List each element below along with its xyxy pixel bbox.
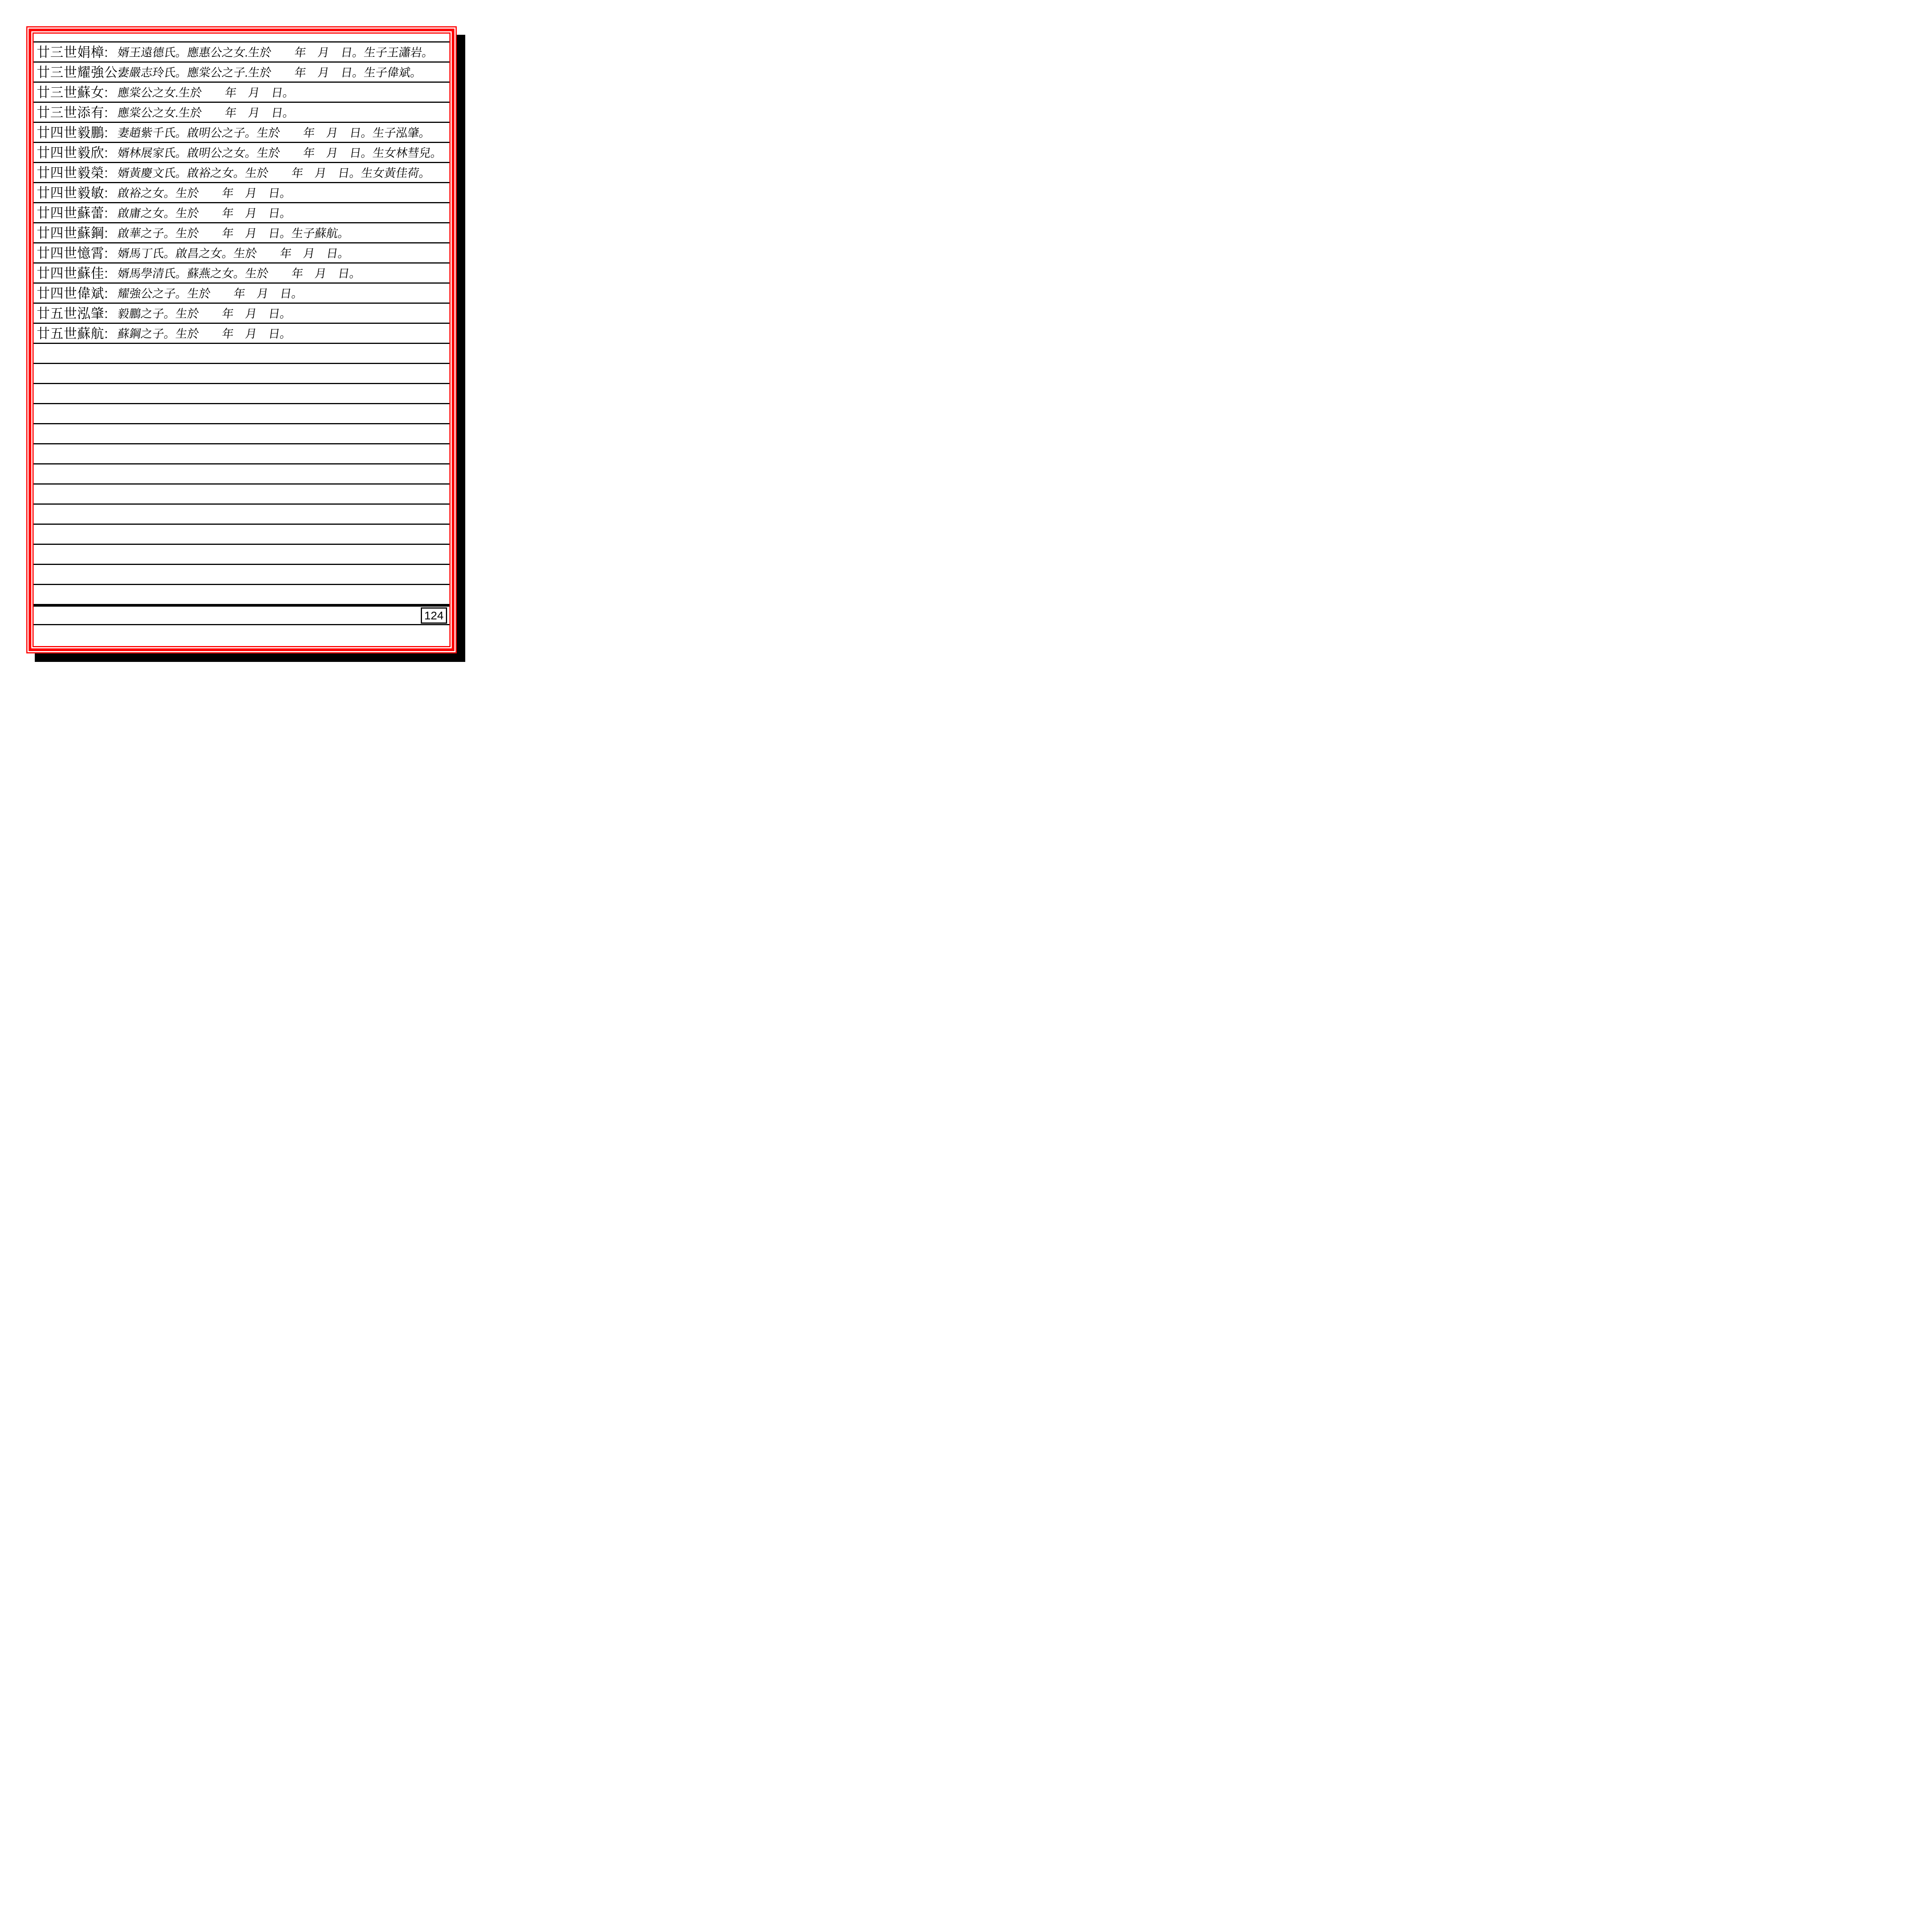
entry-description: 妻趙紫千氏。啟明公之子。生於 年 月 日。生子泓肇。 (117, 123, 432, 140)
entry-generation-name: 廿四世毅榮: (37, 162, 108, 181)
page-number-box: 124 (421, 607, 447, 624)
entry-description: 啟庸之女。生於 年 月 日。 (117, 203, 293, 220)
entry-description: 婿王遠德氏。應惠公之女.生於 年 月 日。生子王瀟岩。 (117, 43, 435, 60)
blank-row (34, 423, 449, 443)
entry-generation-name: 廿四世蘇鋼: (37, 223, 108, 241)
genealogy-entry-row: 廿四世偉斌: 耀強公之子。生於 年 月 日。 (34, 282, 449, 303)
genealogy-entry-row: 廿四世毅鵬: 妻趙紫千氏。啟明公之子。生於 年 月 日。生子泓肇。 (34, 122, 449, 142)
entry-generation-name: 廿四世蘇佳: (37, 263, 108, 282)
blank-row (34, 503, 449, 524)
entry-description: 妻嚴志玲氏。應棠公之子.生於 年 月 日。生子偉斌。 (117, 63, 424, 80)
blank-row (34, 564, 449, 584)
entry-description: 應棠公之女.生於 年 月 日。 (117, 103, 296, 120)
entry-generation-name: 廿四世蘇蕾: (37, 202, 108, 221)
page-frame-outer: 廿三世娟樟: 婿王遠德氏。應惠公之女.生於 年 月 日。生子王瀟岩。 廿三世耀強… (26, 26, 457, 653)
genealogy-entry-row: 廿三世娟樟: 婿王遠德氏。應惠公之女.生於 年 月 日。生子王瀟岩。 (34, 41, 449, 61)
blank-row (34, 483, 449, 503)
entry-description: 毅鵬之子。生於 年 月 日。 (117, 304, 293, 321)
genealogy-entry-row: 廿三世添有: 應棠公之女.生於 年 月 日。 (34, 102, 449, 122)
entry-generation-name: 廿五世蘇航: (37, 323, 108, 342)
trailing-blank-row (34, 624, 449, 646)
blank-row (34, 443, 449, 463)
blank-row (34, 343, 449, 363)
entry-description: 耀強公之子。生於 年 月 日。 (117, 284, 304, 301)
entry-generation-name: 廿三世耀強公: (37, 62, 122, 81)
entry-description: 婿馬學清氏。蘇燕之女。生於 年 月 日。 (117, 264, 362, 281)
entry-description: 啟華之子。生於 年 月 日。生子蘇航。 (117, 223, 351, 240)
blank-row (34, 544, 449, 564)
genealogy-entry-row: 廿四世毅欣: 婿林展家氏。啟明公之女。生於 年 月 日。生女林彗兒。 (34, 142, 449, 162)
genealogy-entry-row: 廿五世泓肇: 毅鵬之子。生於 年 月 日。 (34, 303, 449, 323)
entry-description: 蘇鋼之子。生於 年 月 日。 (117, 324, 293, 341)
page-frame-inner: 廿三世娟樟: 婿王遠德氏。應惠公之女.生於 年 月 日。生子王瀟岩。 廿三世耀強… (32, 32, 451, 647)
entry-generation-name: 廿四世毅鵬: (37, 122, 108, 141)
page-frame-middle: 廿三世娟樟: 婿王遠德氏。應惠公之女.生於 年 月 日。生子王瀟岩。 廿三世耀強… (29, 29, 454, 651)
entry-description: 應棠公之女.生於 年 月 日。 (117, 83, 296, 100)
blank-row (34, 403, 449, 423)
genealogy-entry-row: 廿四世蘇佳: 婿馬學清氏。蘇燕之女。生於 年 月 日。 (34, 262, 449, 282)
entry-description: 婿黃慶文氏。啟裕之女。生於 年 月 日。生女黃佳荷。 (117, 163, 432, 180)
blank-row (34, 584, 449, 604)
genealogy-entry-row: 廿四世憶霄: 婿馬丁氏。啟昌之女。生於 年 月 日。 (34, 242, 449, 262)
entry-generation-name: 廿三世娟樟: (37, 42, 108, 61)
entry-generation-name: 廿五世泓肇: (37, 303, 108, 322)
genealogy-entry-row: 廿五世蘇航: 蘇鋼之子。生於 年 月 日。 (34, 323, 449, 343)
genealogy-entry-row: 廿四世蘇蕾: 啟庸之女。生於 年 月 日。 (34, 202, 449, 222)
entry-description: 啟裕之女。生於 年 月 日。 (117, 183, 293, 200)
entry-generation-name: 廿四世毅欣: (37, 142, 108, 161)
entry-generation-name: 廿四世憶霄: (37, 243, 108, 262)
ruled-sheet: 廿三世娟樟: 婿王遠德氏。應惠公之女.生於 年 月 日。生子王瀟岩。 廿三世耀強… (34, 34, 449, 646)
entry-generation-name: 廿四世毅敏: (37, 182, 108, 201)
blank-rows (34, 343, 449, 604)
entry-generation-name: 廿四世偉斌: (37, 283, 108, 302)
blank-row (34, 463, 449, 483)
entry-generation-name: 廿三世添有: (37, 102, 108, 121)
genealogy-entry-row: 廿三世蘇女: 應棠公之女.生於 年 月 日。 (34, 82, 449, 102)
genealogy-entry-row: 廿四世毅敏: 啟裕之女。生於 年 月 日。 (34, 182, 449, 202)
blank-row (34, 524, 449, 544)
scanned-genealogy-page: 廿三世娟樟: 婿王遠德氏。應惠公之女.生於 年 月 日。生子王瀟岩。 廿三世耀強… (0, 0, 479, 678)
entry-generation-name: 廿三世蘇女: (37, 82, 108, 101)
genealogy-entry-row: 廿四世毅榮: 婿黃慶文氏。啟裕之女。生於 年 月 日。生女黃佳荷。 (34, 162, 449, 182)
entry-description: 婿林展家氏。啟明公之女。生於 年 月 日。生女林彗兒。 (117, 143, 444, 160)
entry-description: 婿馬丁氏。啟昌之女。生於 年 月 日。 (117, 243, 351, 260)
genealogy-entry-row: 廿三世耀強公: 妻嚴志玲氏。應棠公之子.生於 年 月 日。生子偉斌。 (34, 61, 449, 82)
blank-row (34, 363, 449, 383)
entry-rows: 廿三世娟樟: 婿王遠德氏。應惠公之女.生於 年 月 日。生子王瀟岩。 廿三世耀強… (34, 41, 449, 343)
genealogy-entry-row: 廿四世蘇鋼: 啟華之子。生於 年 月 日。生子蘇航。 (34, 222, 449, 242)
blank-row (34, 383, 449, 403)
page-number-row: 124 (34, 604, 449, 624)
